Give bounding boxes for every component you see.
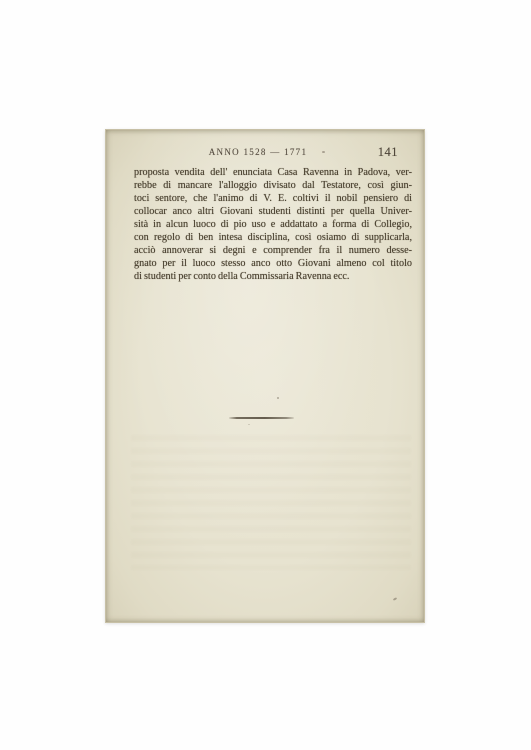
paper-speck (393, 597, 397, 601)
text-line: con regolo di ben intesa disciplina, cos… (134, 231, 412, 244)
paper-speck (277, 397, 279, 399)
text-line: gnato per il luoco stesso anco otto Giov… (134, 257, 412, 270)
book-page: ANNO 1528 — 1771 141 proposta vendita de… (105, 129, 425, 623)
paper-speck (248, 424, 250, 425)
text-line: sità in alcun luoco di pio uso e addatta… (134, 218, 412, 231)
scan-background: ANNO 1528 — 1771 141 proposta vendita de… (0, 0, 531, 750)
reverse-side-showthrough (131, 435, 411, 570)
text-line: toci sentore, che l'animo di V. E. colti… (134, 192, 412, 205)
page-number: 141 (378, 145, 398, 160)
paper-speck (322, 151, 325, 153)
paragraph: proposta vendita dell' enunciata Casa Ra… (134, 166, 412, 283)
text-line: di studenti per conto della Commissaria … (134, 270, 412, 283)
text-line: proposta vendita dell' enunciata Casa Ra… (134, 166, 412, 179)
text-line: acciò annoverar si degni e comprender fr… (134, 244, 412, 257)
text-line: rebbe di mancare l'alloggio divisato dal… (134, 179, 412, 192)
text-line: collocar anco altri Giovani studenti dis… (134, 205, 412, 218)
page-header: ANNO 1528 — 1771 141 (106, 147, 424, 161)
running-title: ANNO 1528 — 1771 (209, 147, 308, 157)
section-divider (229, 417, 294, 419)
